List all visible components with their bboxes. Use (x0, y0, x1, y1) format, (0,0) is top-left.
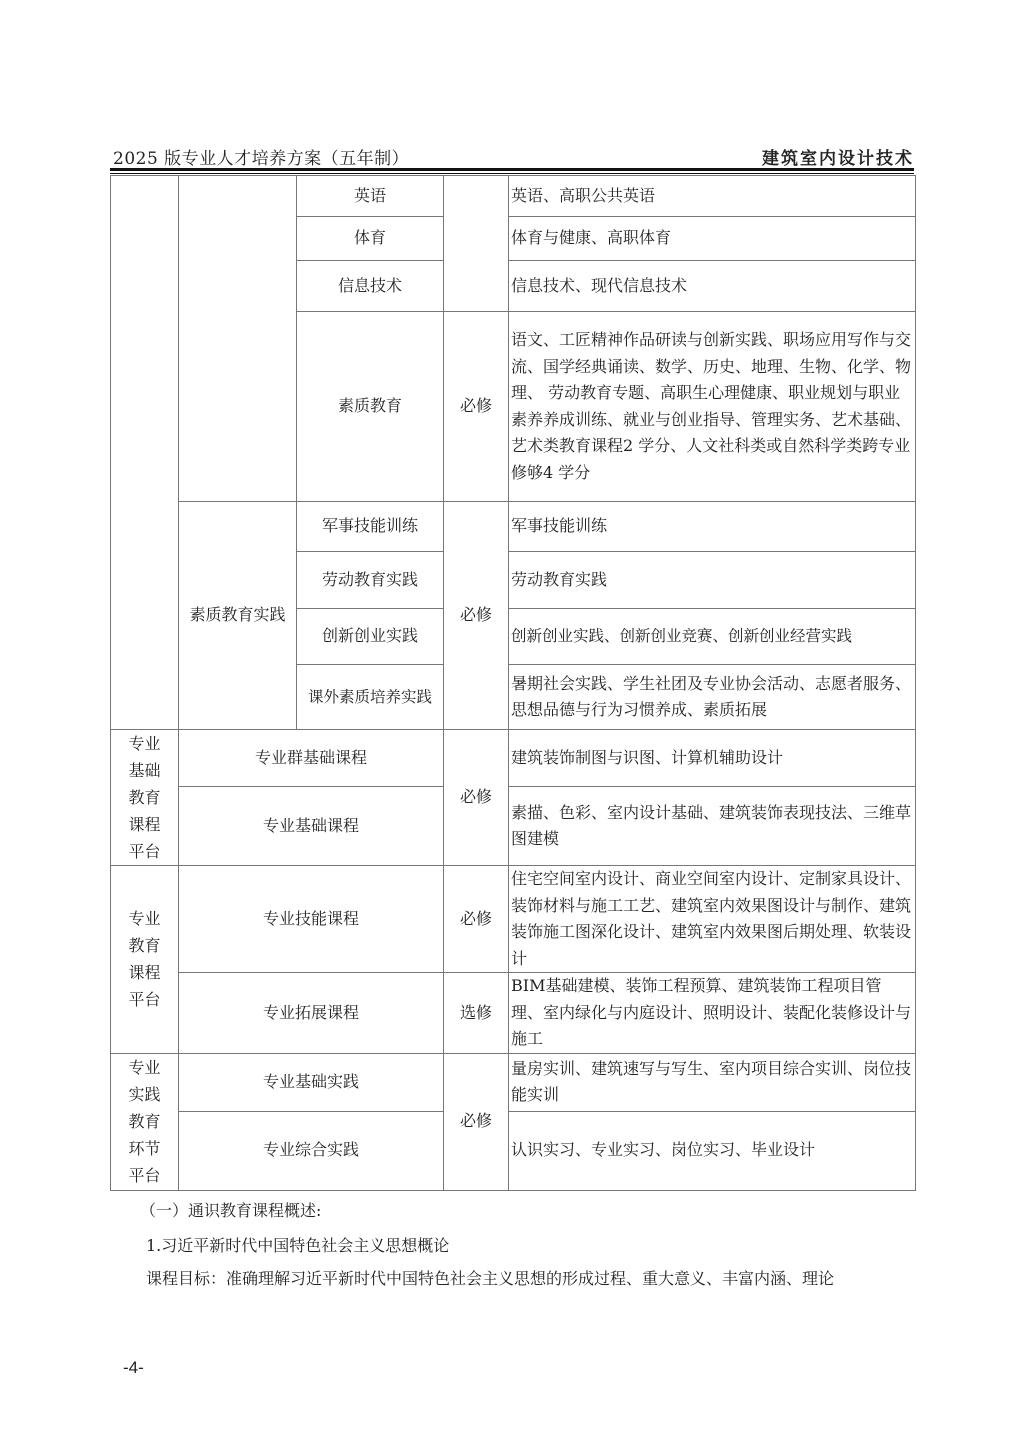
content-cell: 暑期社会实践、学生社团及专业协会活动、志愿者服务、思想品德与行为习惯养成、素质拓… (509, 665, 916, 730)
subcategory-cell: 劳动教育实践 (297, 552, 444, 609)
platform-cell: 专业基础教育课程平台 (111, 730, 179, 866)
category-cell: 专业群基础课程 (179, 730, 444, 787)
document-header-title: 2025 版专业人才培养方案（五年制） (113, 144, 409, 169)
content-cell: 信息技术、现代信息技术 (509, 261, 916, 312)
type-cell: 必修 (444, 502, 509, 730)
content-cell: 住宅空间室内设计、商业空间室内设计、定制家具设计、装饰材料与施工工艺、建筑室内效… (509, 866, 916, 973)
content-cell: 体育与健康、高职体育 (509, 217, 916, 261)
category-cell: 专业基础实践 (179, 1053, 444, 1111)
category-cell: 专业拓展课程 (179, 973, 444, 1054)
subcategory-cell: 英语 (297, 176, 444, 217)
header-rule-thin (110, 173, 914, 174)
type-cell: 必修 (444, 1053, 509, 1190)
table-row: 专业拓展课程 选修 BIM基础建模、装饰工程预算、建筑装饰工程项目管理、室内绿化… (111, 973, 916, 1054)
category-cell: 专业综合实践 (179, 1111, 444, 1190)
table-row: 专业基础教育课程平台 专业群基础课程 必修 建筑装饰制图与识图、计算机辅助设计 (111, 730, 916, 787)
subcategory-cell: 创新创业实践 (297, 609, 444, 665)
document-header-major: 建筑室内设计技术 (762, 144, 914, 169)
type-cell: 必修 (444, 866, 509, 973)
content-cell: 建筑装饰制图与识图、计算机辅助设计 (509, 730, 916, 787)
subcategory-cell: 素质教育 (297, 312, 444, 502)
course-title: 1.习近平新时代中国特色社会主义思想概论 (146, 1234, 449, 1258)
platform-cell-continued (111, 176, 179, 730)
course-goal: 课程目标：准确理解习近平新时代中国特色社会主义思想的形成过程、重大意义、丰富内涵… (146, 1267, 834, 1291)
header-rule-thick (110, 168, 914, 171)
type-cell: 必修 (444, 730, 509, 866)
table-row: 英语 英语、高职公共英语 (111, 176, 916, 217)
table-row: 专业实践教育环节平台 专业基础实践 必修 量房实训、建筑速写与写生、室内项目综合… (111, 1053, 916, 1111)
content-cell: 素描、色彩、室内设计基础、建筑装饰表现技法、三维草图建模 (509, 787, 916, 866)
category-cell: 专业基础课程 (179, 787, 444, 866)
type-cell: 选修 (444, 973, 509, 1054)
category-cell-continued (179, 176, 297, 502)
category-cell: 素质教育实践 (179, 502, 297, 730)
course-structure-table: 英语 英语、高职公共英语 体育 体育与健康、高职体育 信息技术 信息技术、现代信… (110, 175, 916, 1191)
section-heading: （一）通识教育课程概述: (140, 1199, 321, 1223)
subcategory-cell: 课外素质培养实践 (297, 665, 444, 730)
content-cell: 认识实习、专业实习、岗位实习、毕业设计 (509, 1111, 916, 1190)
platform-cell: 专业实践教育环节平台 (111, 1053, 179, 1190)
table-row: 专业教育课程平台 专业技能课程 必修 住宅空间室内设计、商业空间室内设计、定制家… (111, 866, 916, 973)
content-cell: 军事技能训练 (509, 502, 916, 552)
content-cell: 量房实训、建筑速写与写生、室内项目综合实训、岗位技能实训 (509, 1053, 916, 1111)
type-cell: 必修 (444, 312, 509, 502)
table-row: 专业综合实践 认识实习、专业实习、岗位实习、毕业设计 (111, 1111, 916, 1190)
content-cell: 劳动教育实践 (509, 552, 916, 609)
table-row: 素质教育实践 军事技能训练 必修 军事技能训练 (111, 502, 916, 552)
table-row: 专业基础课程 素描、色彩、室内设计基础、建筑装饰表现技法、三维草图建模 (111, 787, 916, 866)
subcategory-cell: 信息技术 (297, 261, 444, 312)
subcategory-cell: 体育 (297, 217, 444, 261)
content-cell: 语文、工匠精神作品研读与创新实践、职场应用写作与交流、国学经典诵读、数学、历史、… (509, 312, 916, 502)
content-cell: 创新创业实践、创新创业竞赛、创新创业经营实践 (509, 609, 916, 665)
subcategory-cell: 军事技能训练 (297, 502, 444, 552)
content-cell: 英语、高职公共英语 (509, 176, 916, 217)
category-cell: 专业技能课程 (179, 866, 444, 973)
type-cell (444, 176, 509, 312)
page-number: -4- (123, 1358, 144, 1378)
platform-cell: 专业教育课程平台 (111, 866, 179, 1054)
content-cell: BIM基础建模、装饰工程预算、建筑装饰工程项目管理、室内绿化与内庭设计、照明设计… (509, 973, 916, 1054)
